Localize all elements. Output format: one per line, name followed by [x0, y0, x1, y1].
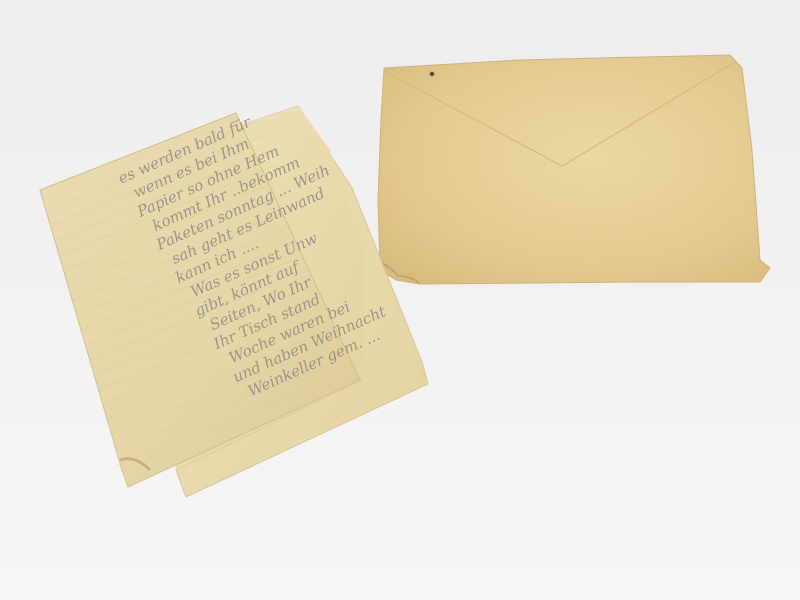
photo-scene: es werden bald fürwenn es bei IhmPapier …	[0, 0, 800, 600]
envelope	[378, 55, 770, 284]
envelope-spot	[430, 72, 434, 76]
